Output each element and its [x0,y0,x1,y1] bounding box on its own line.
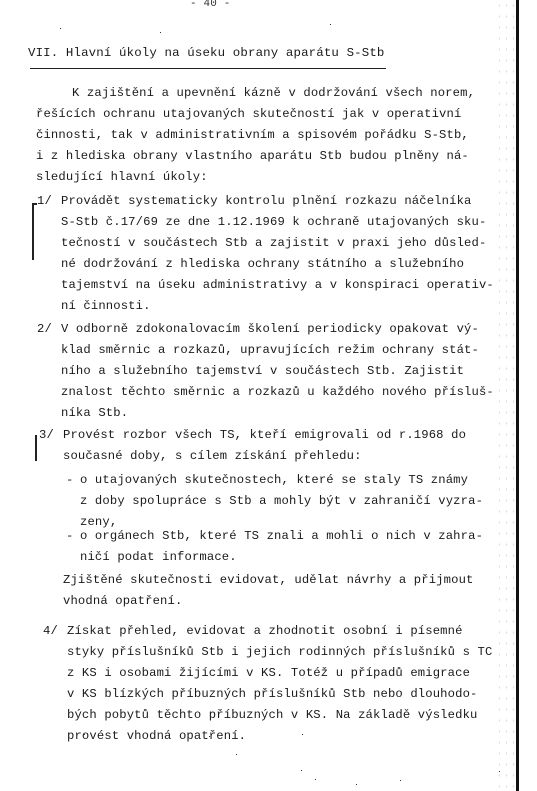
intro-line: K zajištění a upevnění kázně v dodržován… [72,86,475,100]
task-line: Provádět systematicky kontrolu plnění ro… [61,194,472,208]
sub-item-line: zeny, [80,515,117,529]
task-number: 4/ [43,624,58,638]
task-line: z KS i osobami žijícími v KS. Totéž u př… [67,666,470,680]
task-number: 3/ [39,428,54,442]
margin-bracket [35,435,37,461]
task-line: provést vhodná opatření. [67,729,246,743]
task-line: klad směrnic a rozkazů, upravujících rež… [61,343,479,357]
task-line: současné doby, s cílem získání přehledu: [63,449,362,463]
task-line: V odborně zdokonalovacím školení periodi… [61,322,479,336]
task-number: 1/ [37,194,52,208]
task-line: styky příslušníků Stb i jejich rodinných… [67,645,492,659]
sub-item-line: ničí podat informace. [80,550,237,564]
scan-speck [60,28,61,29]
intro-line: činnosti, tak v administrativním a spiso… [36,128,469,142]
task-number: 2/ [37,322,52,336]
task-line: né dodržování z hlediska ochrany státníh… [61,257,464,271]
task-closing-line: Zjištěné skutečnosti evidovat, udělat ná… [63,573,474,587]
task-closing-line: vhodná opatření. [63,594,182,608]
task-line: ní činnosti. [61,299,151,313]
section-heading: VII. Hlavní úkoly na úseku obrany aparát… [28,46,385,60]
intro-line: i z hlediska obrany vlastního aparátu St… [36,149,469,163]
scan-speck [302,734,303,735]
scan-speck [209,736,210,737]
task-line: Provést rozbor všech TS, kteří emigroval… [63,428,466,442]
task-line: níka Stb. [61,406,128,420]
intro-line: řešících ochranu utajovaných skutečností… [36,107,461,121]
task-line: S-Stb č.17/69 ze dne 1.12.1969 k ochraně… [61,215,486,229]
scan-speck [499,771,500,772]
task-line: v KS blízkých příbuzných příslušníků Stb… [67,687,478,701]
sub-item-marker: - [66,473,73,487]
scanned-document-page: - 40 - VII. Hlavní úkoly na úseku obrany… [0,0,537,791]
task-line: ního a služebního tajemství v součástech… [61,364,464,378]
scan-speck [84,734,85,735]
scan-speck [356,784,357,785]
intro-line: sledující hlavní úkoly: [36,170,208,184]
task-line: tajemství na úseku administrativy a v ko… [61,278,494,292]
scan-speck [330,24,331,25]
sub-item-marker: - [66,529,73,543]
sub-item-line: o orgánech Stb, které TS znali a mohli o… [80,529,483,543]
task-line: znalost těchto směrnic a rozkazů u každé… [61,385,494,399]
page-number: - 40 - [190,0,231,10]
scan-noise [496,0,516,791]
sub-item-line: o utajovaných skutečnostech, které se st… [80,473,468,487]
scan-speck [315,779,316,780]
scan-speck [160,32,161,33]
sub-item-line: z doby spolupráce s Stb a mohly být v za… [80,494,483,508]
scan-speck [236,754,237,755]
scan-speck [400,780,401,781]
page-binding-edge [516,0,519,791]
scan-speck [301,770,302,771]
task-line: Získat přehled, evidovat a zhodnotit oso… [67,624,463,638]
task-line: tečností v součástech Stb a zajistit v p… [61,236,486,250]
task-line: bých pobytů těchto příbuzných v KS. Na z… [67,708,478,722]
margin-bracket [32,204,34,260]
heading-underline [30,68,386,69]
